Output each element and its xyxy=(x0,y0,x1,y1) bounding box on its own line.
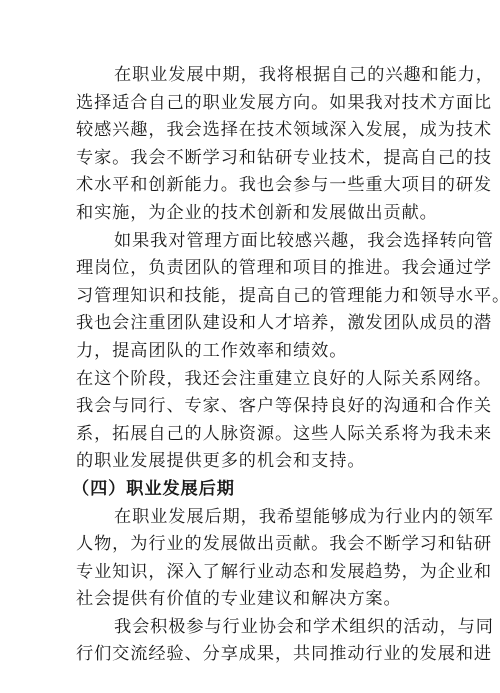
text-line: 的职业发展提供更多的机会和支持。 xyxy=(76,448,438,476)
text-line: 行们交流经验、分享成果，共同推动行业的发展和进 xyxy=(76,641,438,669)
text-line: 在职业发展后期，我希望能够成为行业内的领军 xyxy=(76,504,438,532)
text-line: 理岗位，负责团队的管理和项目的推进。我会通过学 xyxy=(76,255,438,283)
text-line: 如果我对管理方面比较感兴趣，我会选择转向管 xyxy=(76,228,438,256)
text-line: 专业知识，深入了解行业动态和发展趋势，为企业和 xyxy=(76,559,438,587)
text-line: 我也会注重团队建设和人才培养，激发团队成员的潜 xyxy=(76,310,438,338)
text-line: 较感兴趣，我会选择在技术领域深入发展，成为技术 xyxy=(76,117,438,145)
section-heading: （四）职业发展后期 xyxy=(72,476,438,504)
text-line: 习管理知识和技能，提高自己的管理能力和领导水平。 xyxy=(76,283,438,311)
text-line: 社会提供有价值的专业建议和解决方案。 xyxy=(76,586,438,614)
text-line: 选择适合自己的职业发展方向。如果我对技术方面比 xyxy=(76,90,438,118)
text-line: 和实施，为企业的技术创新和发展做出贡献。 xyxy=(76,200,438,228)
document-page: 在职业发展中期，我将根据自己的兴趣和能力， 选择适合自己的职业发展方向。如果我对… xyxy=(76,62,438,669)
text-line: 人物，为行业的发展做出贡献。我会不断学习和钻研 xyxy=(76,531,438,559)
text-line: 力，提高团队的工作效率和绩效。 xyxy=(76,338,438,366)
text-line: 我会积极参与行业协会和学术组织的活动，与同 xyxy=(76,614,438,642)
text-line: 系，拓展自己的人脉资源。这些人际关系将为我未来 xyxy=(76,421,438,449)
text-line: 术水平和创新能力。我也会参与一些重大项目的研发 xyxy=(76,172,438,200)
text-line: 专家。我会不断学习和钻研专业技术，提高自己的技 xyxy=(76,145,438,173)
text-line: 我会与同行、专家、客户等保持良好的沟通和合作关 xyxy=(76,393,438,421)
text-line: 在这个阶段，我还会注重建立良好的人际关系网络。 xyxy=(76,366,438,394)
text-line: 在职业发展中期，我将根据自己的兴趣和能力， xyxy=(76,62,438,90)
